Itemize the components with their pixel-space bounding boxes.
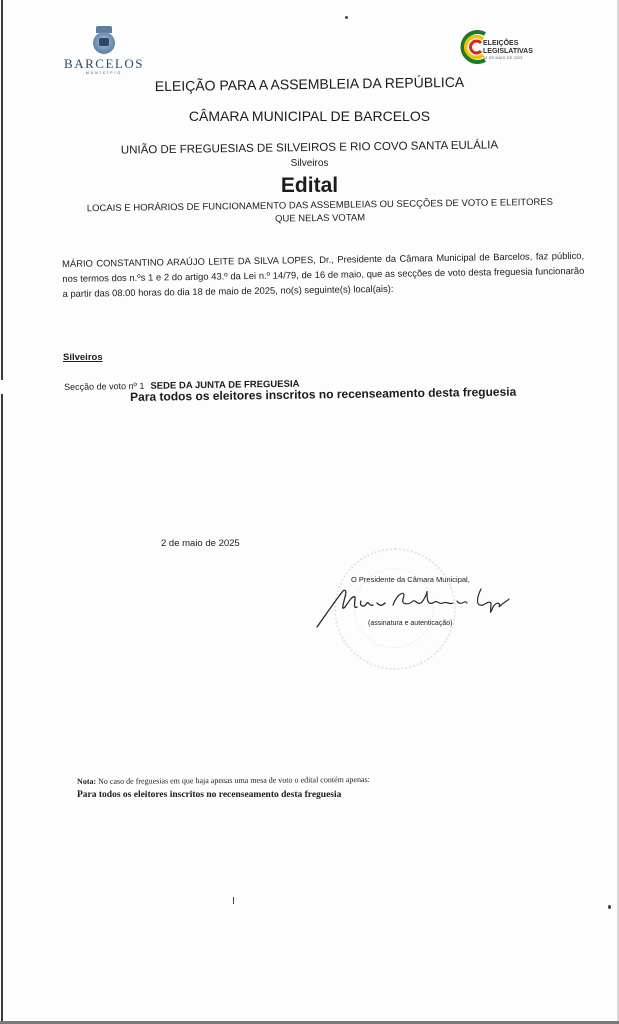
scan-speck (233, 897, 234, 904)
scan-speck (345, 16, 348, 19)
parish-union: UNIÃO DE FREGUESIAS DE SILVEIROS E RIO C… (0, 138, 619, 159)
council-name: CÂMARA MUNICIPAL DE BARCELOS (0, 108, 619, 124)
logo-date: 18 DE MAIO DE 2025 (483, 56, 523, 60)
scan-speck (608, 905, 611, 909)
document-page: BARCELOS MUNICÍPIO ELEIÇÕES LEGISLATIVAS… (0, 0, 619, 1024)
note-label: Nota: (77, 777, 96, 786)
document-type: Edital (0, 174, 619, 198)
body-paragraph: MÁRIO CONSTANTINO ARAÚJO LEITE DA SILVA … (62, 248, 585, 301)
note: Nota: No caso de freguesias em que haja … (77, 775, 370, 786)
note-example: Para todos os eleitores inscritos no rec… (77, 790, 341, 800)
logo-title: ELEIÇÕES LEGISLATIVAS (483, 40, 533, 56)
document-date: 2 de maio de 2025 (161, 538, 240, 549)
logo-line-1: ELEIÇÕES (483, 40, 533, 48)
section-heading: Silveiros (63, 352, 103, 363)
coat-of-arms-icon (89, 26, 119, 56)
logo-name: BARCELOS (62, 56, 146, 72)
scan-edge-gap (1, 380, 3, 394)
note-text: No caso de freguesias em que haja apenas… (98, 775, 370, 786)
logo-line-2: LEGISLATIVAS (483, 48, 533, 56)
document-subtitle: LOCAIS E HORÁRIOS DE FUNCIONAMENTO DAS A… (60, 195, 580, 228)
signature-caption: (assinatura e autenticação) (368, 620, 452, 627)
parish-name: Silveiros (0, 158, 619, 169)
barcelos-logo: BARCELOS MUNICÍPIO (62, 26, 146, 78)
eleicoes-legislativas-logo: ELEIÇÕES LEGISLATIVAS 18 DE MAIO DE 2025 (455, 30, 555, 70)
